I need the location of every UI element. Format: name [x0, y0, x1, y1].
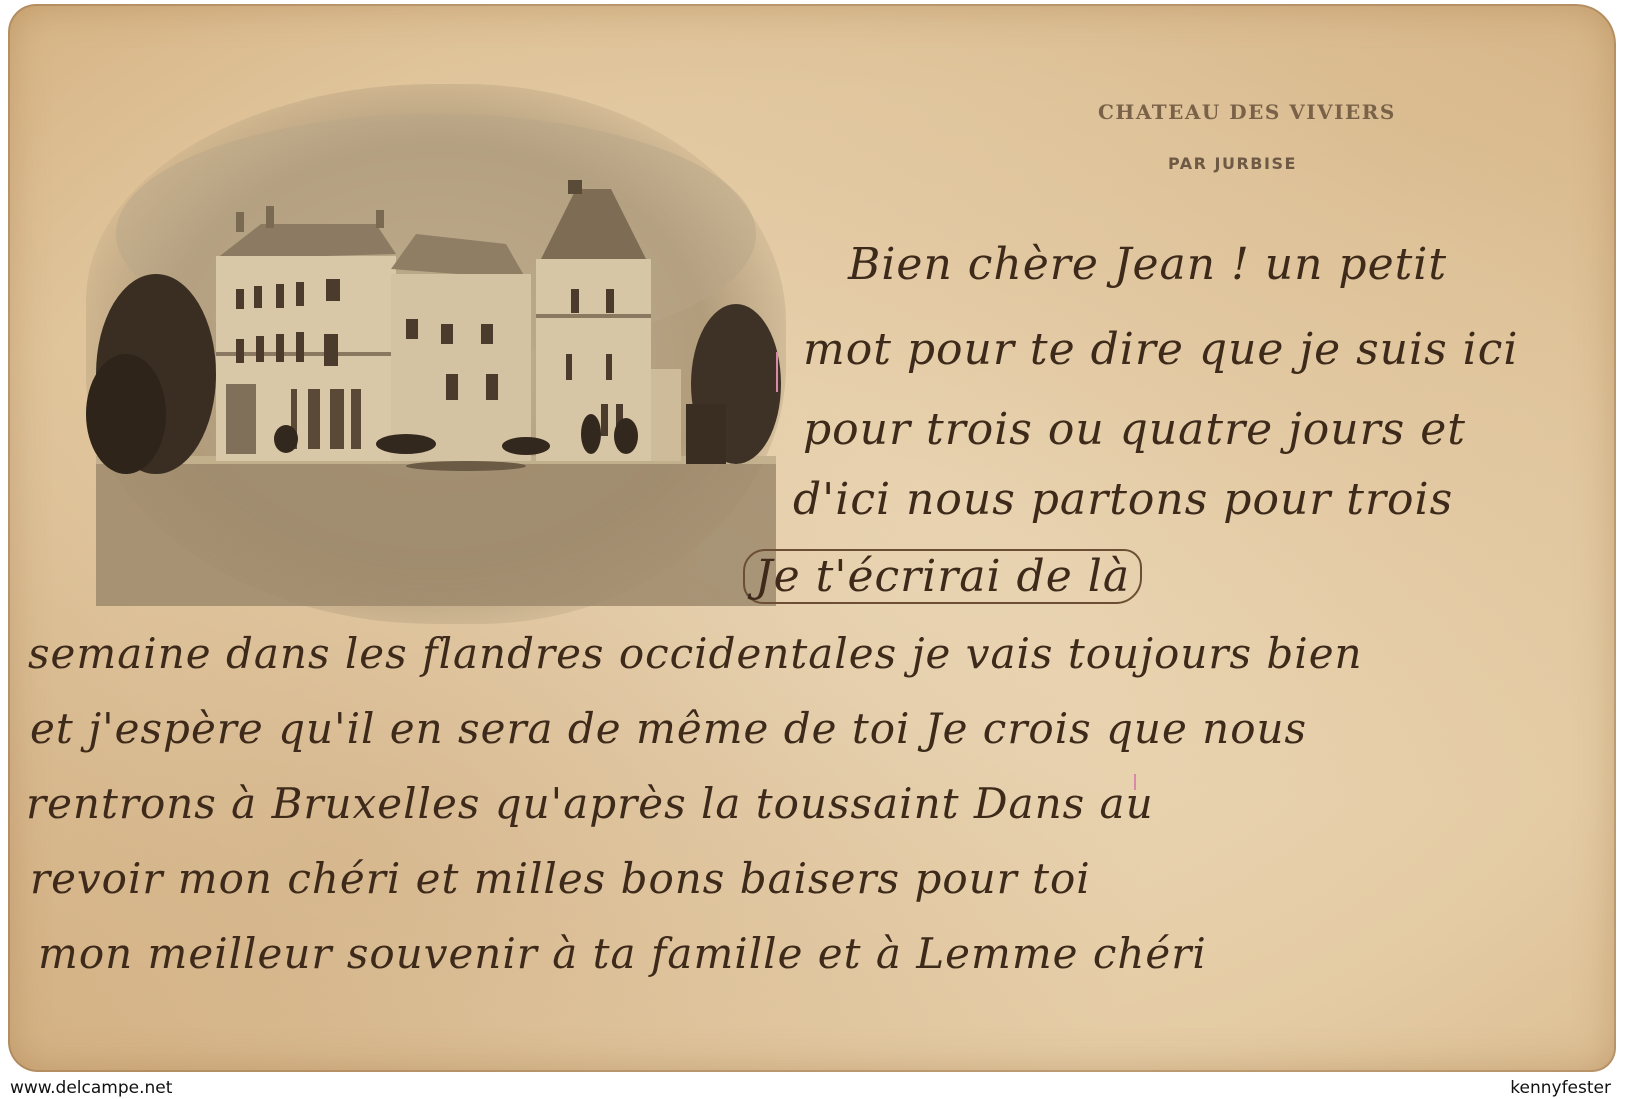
handwritten-line: et j'espère qu'il en sera de même de toi…: [30, 704, 1307, 753]
chateau-illustration: [86, 84, 786, 624]
handwritten-line: pour trois ou quatre jours et: [803, 404, 1466, 455]
postcard-subtitle: PAR JURBISE: [1168, 154, 1297, 173]
handwritten-line: Bien chère Jean ! un petit: [848, 239, 1447, 290]
handwritten-line: mot pour te dire que je suis ici: [803, 324, 1518, 375]
watermark-site: www.delcampe.net: [10, 1078, 172, 1098]
postcard: CHATEAU DES VIVIERS PAR JURBISE Bien chè…: [8, 4, 1616, 1072]
handwritten-boxed-note: Je t'écrirai de là: [743, 549, 1142, 604]
margin-mark: [776, 352, 778, 392]
watermark-seller: kennyfester: [1510, 1078, 1611, 1098]
handwritten-line: d'ici nous partons pour trois: [793, 474, 1453, 525]
chateau-photo: [86, 84, 786, 624]
handwritten-line: mon meilleur souvenir à ta famille et à …: [38, 929, 1207, 978]
handwritten-line: semaine dans les flandres occidentales j…: [28, 629, 1363, 678]
handwritten-line: rentrons à Bruxelles qu'après la toussai…: [26, 779, 1154, 828]
handwritten-line: revoir mon chéri et milles bons baisers …: [30, 854, 1091, 903]
postcard-title: CHATEAU DES VIVIERS: [1098, 100, 1518, 124]
